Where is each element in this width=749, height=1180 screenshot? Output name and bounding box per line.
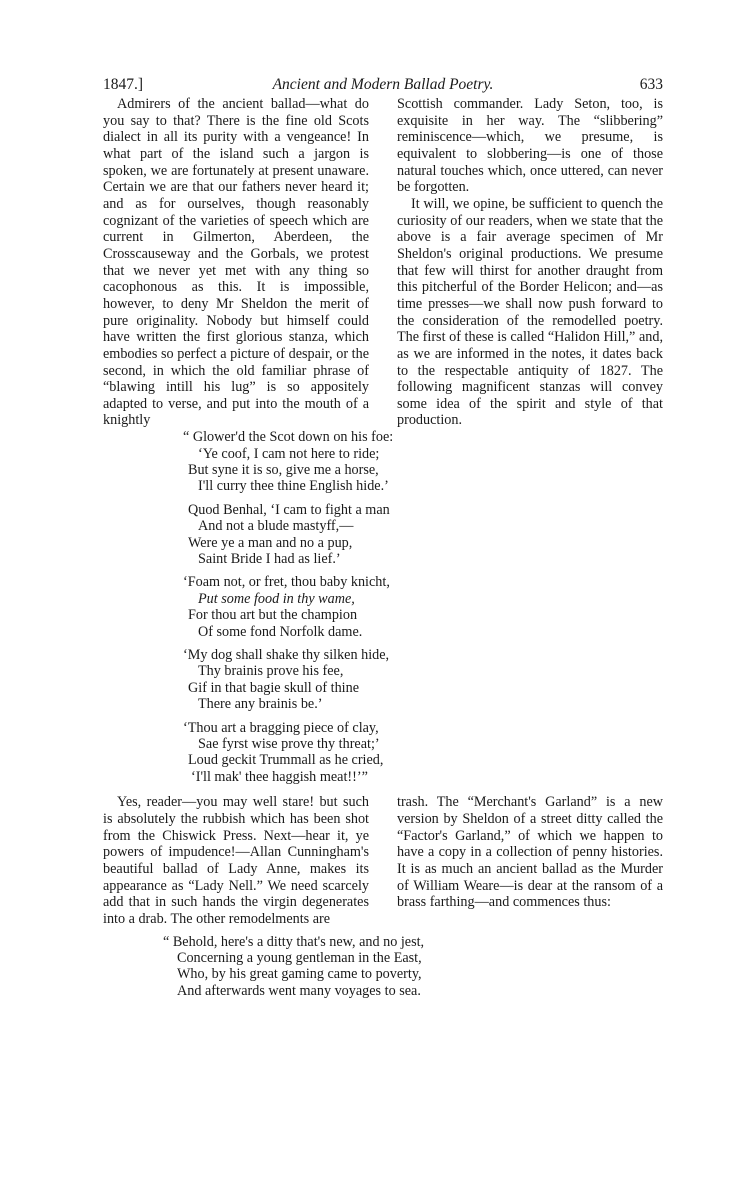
stanza: Quod Benhal, ‘I cam to fight a man And n…: [183, 502, 663, 568]
verse-line: Who, by his great gaming came to poverty…: [163, 966, 663, 982]
header-title: Ancient and Modern Ballad Poetry.: [103, 76, 663, 94]
stanza: ‘My dog shall shake thy silken hide, Thy…: [183, 647, 663, 713]
top-columns: Admirers of the ancient ballad—what do y…: [103, 96, 663, 429]
middle-columns: Yes, reader—you may well stare! but such…: [103, 794, 663, 927]
book-page: 1847.] Ancient and Modern Ballad Poetry.…: [103, 76, 663, 999]
paragraph: Scottish commander. Lady Seton, too, is …: [397, 96, 663, 196]
verse-line: And afterwards went many voyages to sea.: [163, 983, 663, 999]
verse-line: ‘Thou art a bragging piece of clay,: [183, 720, 663, 736]
stanza: “ Glower'd the Scot down on his foe: ‘Ye…: [183, 429, 663, 495]
verse-line: Loud geckit Trummall as he cried,: [183, 752, 663, 768]
stanza: ‘Foam not, or fret, thou baby knicht, Pu…: [183, 574, 663, 640]
paragraph: It will, we opine, be sufficient to quen…: [397, 196, 663, 429]
paragraph: Admirers of the ancient ballad—what do y…: [103, 96, 369, 429]
poem-merchants-garland: “ Behold, here's a ditty that's new, and…: [163, 934, 663, 1000]
verse-line: ‘Foam not, or fret, thou baby knicht,: [183, 574, 663, 590]
verse-line-italic: Put some food in thy wame,: [183, 591, 663, 607]
verse-line: For thou art but the champion: [183, 607, 663, 623]
verse-line: Were ye a man and no a pup,: [183, 535, 663, 551]
left-column: Admirers of the ancient ballad—what do y…: [103, 96, 369, 429]
verse-line: ‘My dog shall shake thy silken hide,: [183, 647, 663, 663]
verse-line: ‘Ye coof, I cam not here to ride;: [183, 446, 663, 462]
verse-line: Quod Benhal, ‘I cam to fight a man: [183, 502, 663, 518]
verse-line: I'll curry thee thine English hide.’: [183, 478, 663, 494]
verse-line: Sae fyrst wise prove thy threat;’: [183, 736, 663, 752]
left-column: Yes, reader—you may well stare! but such…: [103, 794, 369, 927]
running-header: 1847.] Ancient and Modern Ballad Poetry.…: [103, 76, 663, 96]
verse-line: ‘I'll mak' thee haggish meat!!’”: [183, 769, 663, 785]
page-number: 633: [640, 76, 663, 94]
verse-line: Thy brainis prove his fee,: [183, 663, 663, 679]
verse-line: There any brainis be.’: [183, 696, 663, 712]
verse-line: Of some fond Norfolk dame.: [183, 624, 663, 640]
poem-halidon-hill: “ Glower'd the Scot down on his foe: ‘Ye…: [183, 429, 663, 785]
verse-line: And not a blude mastyff,—: [183, 518, 663, 534]
verse-line: Saint Bride I had as lief.’: [183, 551, 663, 567]
verse-line: Gif in that bagie skull of thine: [183, 680, 663, 696]
paragraph: trash. The “Merchant's Garland” is a new…: [397, 794, 663, 911]
stanza: ‘Thou art a bragging piece of clay, Sae …: [183, 720, 663, 786]
right-column: trash. The “Merchant's Garland” is a new…: [397, 794, 663, 927]
right-column: Scottish commander. Lady Seton, too, is …: [397, 96, 663, 429]
verse-line: But syne it is so, give me a horse,: [183, 462, 663, 478]
verse-line: “ Glower'd the Scot down on his foe:: [183, 429, 663, 445]
verse-line: Concerning a young gentleman in the East…: [163, 950, 663, 966]
verse-line: “ Behold, here's a ditty that's new, and…: [163, 934, 663, 950]
paragraph: Yes, reader—you may well stare! but such…: [103, 794, 369, 927]
